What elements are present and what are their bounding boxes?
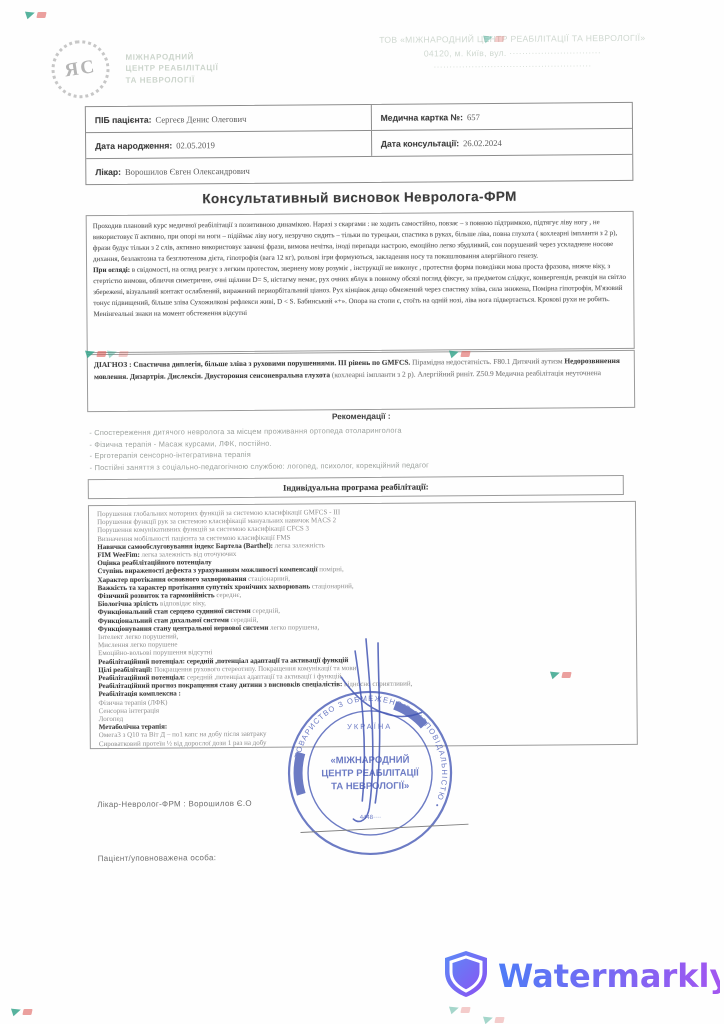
anamnesis-section: Проходив плановий курс медичної реабіліт… <box>86 211 635 353</box>
program-line-text: Сироватковий протеїн ½ від дорослої дози… <box>99 738 267 747</box>
clinic-logo-line: ЦЕНТР РЕАБІЛІТАЦІЇ <box>125 62 218 74</box>
birth-date-cell: Дата народження: 02.05.2019 <box>86 131 372 158</box>
mini-watermark-icon <box>484 1013 506 1024</box>
stamp-center-line: «МІЖНАРОДНИЙ <box>330 754 409 767</box>
field-value: 02.05.2019 <box>176 140 215 150</box>
program-line-bold: Реабілітація комплексна : <box>98 690 180 699</box>
program-line-bold: Цілі реабілітації: <box>98 666 152 674</box>
company-header: ТОВ «МІЖНАРОДНИЙ ЦЕНТР РЕАБІЛІТАЦІЇ ТА Н… <box>310 31 714 75</box>
diagnosis-segment: (кохлеарні імпланти з 2 р). Алергійний р… <box>330 368 601 379</box>
field-label: Лікар: <box>95 166 121 176</box>
program-line-text: Фізична терапія (ЛФК) <box>98 698 167 707</box>
program-title-box: Індивідуальна програма реабілітації: <box>88 475 624 499</box>
patient-signature-label: Пацієнт/уповноважена особа: <box>98 853 217 863</box>
clinic-logo-text: МІЖНАРОДНИЙ ЦЕНТР РЕАБІЛІТАЦІЇ ТА НЕВРОЛ… <box>125 51 218 86</box>
diagnosis-section: ДІАГНОЗ : Спастична диплегія, більше злі… <box>87 350 635 412</box>
program-line-text: відповідає віку, <box>158 599 206 607</box>
watermark-brand-text: Watermarkly <box>498 957 720 995</box>
exam-lead: При огляді: <box>93 266 130 274</box>
program-line-text: легка залежність <box>273 541 325 549</box>
mini-watermark-icon <box>86 347 108 359</box>
program-title: Індивідуальна програма реабілітації: <box>283 481 429 492</box>
field-label: ПІБ пацієнта: <box>95 114 152 124</box>
program-line-text: легка залежність від оточуючих <box>140 550 237 559</box>
program-line-text: легко порушена, <box>268 623 319 631</box>
program-line-text: стаціонарний, <box>310 582 354 590</box>
mini-watermark-icon <box>12 1005 34 1017</box>
scanned-document: ЯС МІЖНАРОДНИЙ ЦЕНТР РЕАБІЛІТАЦІЇ ТА НЕВ… <box>0 0 724 1024</box>
clinic-logo-line: МІЖНАРОДНИЙ <box>125 51 218 63</box>
stamp-country: УКРАЇНА <box>347 722 392 731</box>
mini-watermark-icon <box>26 8 48 20</box>
doctor-signature-label: Лікар-Невролог-ФРМ : Ворошилов Є.О <box>97 799 252 809</box>
stamp-center-line: ТА НЕВРОЛОГІЇ» <box>331 781 409 793</box>
field-label: Дата консультації: <box>381 138 459 149</box>
clinic-logo-dotted-ring-icon: ЯС <box>48 36 114 102</box>
document-title: Консультативный висновок Невролога-ФРМ <box>0 187 722 208</box>
field-value: 657 <box>467 112 480 122</box>
clinic-logo-line: ТА НЕВРОЛОГІЇ <box>126 74 219 86</box>
diagnosis-label: ДІАГНОЗ : <box>94 360 132 369</box>
program-line-text: стаціонарний, <box>246 574 290 582</box>
program-line-text: Логопед <box>99 715 124 723</box>
clinic-stamp: • ТОВАРИСТВО З ОБМЕЖЕНОЮ ВІДПОВІДАЛЬНІСТ… <box>269 632 485 869</box>
exam-text: в свідомості, на огляд реагує з легким п… <box>93 262 626 318</box>
field-label: Медична картка №: <box>381 112 463 123</box>
clinic-logo-monogram: ЯС <box>63 56 97 82</box>
mini-watermark-icon <box>108 347 130 359</box>
program-line-text: Сенсорна інтеграція <box>99 706 160 714</box>
program-line-text: середній, <box>229 615 258 623</box>
program-line-bold: Біологічна зрілість <box>98 600 159 608</box>
medical-card-cell: Медична картка №: 657 <box>372 103 632 130</box>
field-value: Ворошилов Євген Олександрович <box>125 165 250 176</box>
mini-watermark-icon <box>450 1003 472 1015</box>
company-contacts: ········································… <box>310 58 714 75</box>
field-value: 26.02.2024 <box>463 137 502 147</box>
watermarkly-logo: Watermarkly <box>440 948 720 1002</box>
mini-watermark-icon <box>484 32 506 44</box>
doctor-cell: Лікар: Ворошилов Євген Олександрович <box>86 155 632 184</box>
recommendations-list: - Спостереження дитячого невролога за мі… <box>89 423 629 474</box>
mini-watermark-icon <box>551 668 573 680</box>
patient-name-cell: ПІБ пацієнта: Сергеєв Денис Олегович <box>86 105 372 132</box>
program-line-text: середній, <box>251 607 280 615</box>
patient-info-table: ПІБ пацієнта: Сергеєв Денис Олегович Мед… <box>85 102 634 185</box>
program-line-bold: FIM WeeFim: <box>97 551 140 559</box>
clinic-logo: ЯС МІЖНАРОДНИЙ ЦЕНТР РЕАБІЛІТАЦІЇ ТА НЕВ… <box>51 39 218 98</box>
consultation-date-cell: Дата консультації: 26.02.2024 <box>372 129 632 156</box>
signature-line <box>300 824 468 832</box>
program-line-bold: Функціонування стану центральної нервово… <box>98 624 269 633</box>
anamnesis-text: Проходив плановий курс медичної реабіліт… <box>93 218 618 263</box>
field-label: Дата народження: <box>95 140 172 151</box>
stamp-center-line: ЦЕНТР РЕАБІЛІТАЦІЇ <box>321 768 419 780</box>
field-value: Сергеєв Денис Олегович <box>155 113 246 124</box>
program-line-bold: Метаболічна терапія: <box>99 723 168 732</box>
program-line-text: середнє, <box>215 591 242 599</box>
program-line-text: помірні, <box>317 566 343 574</box>
table-row: Лікар: Ворошилов Євген Олександрович <box>86 155 632 184</box>
diagnosis-segment: Спастична диплегія, більше зліва з рухов… <box>132 358 411 369</box>
mini-watermark-icon <box>450 347 472 359</box>
diagnosis-segment: Пірамідна недостатність. F80.1 Дитячий а… <box>410 356 564 366</box>
